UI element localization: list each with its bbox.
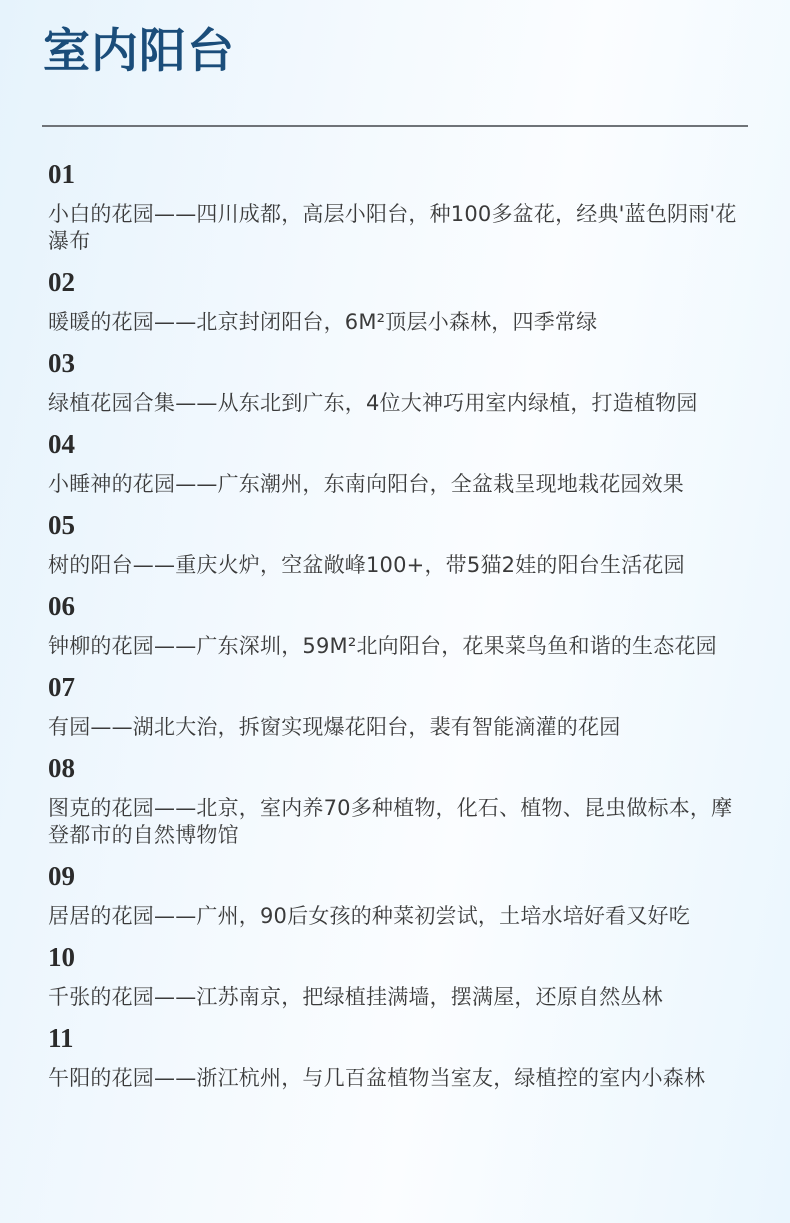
item-number: 06 [48,589,748,623]
item-title[interactable]: 千张的花园——江苏南京，把绿植挂满墙，摆满屋，还原自然丛林 [48,984,748,1011]
item-title[interactable]: 绿植花园合集——从东北到广东，4位大神巧用室内绿植，打造植物园 [48,390,748,417]
list-item[interactable]: 01 小白的花园——四川成都，高层小阳台，种100多盆花，经典'蓝色阴雨'花瀑布 [48,157,748,255]
list-item[interactable]: 09 居居的花园——广州，90后女孩的种菜初尝试，土培水培好看又好吃 [48,859,748,930]
list-item[interactable]: 08 图克的花园——北京，室内养70多种植物，化石、植物、昆虫做标本，摩登都市的… [48,751,748,849]
item-title[interactable]: 有园——湖北大治，拆窗实现爆花阳台，裴有智能滴灌的花园 [48,714,748,741]
list-item[interactable]: 06 钟柳的花园——广东深圳，59M²北向阳台，花果菜鸟鱼和谐的生态花园 [48,589,748,660]
item-number: 01 [48,157,748,191]
list-item[interactable]: 02 暖暖的花园——北京封闭阳台，6M²顶层小森林，四季常绿 [48,265,748,336]
item-title[interactable]: 暖暖的花园——北京封闭阳台，6M²顶层小森林，四季常绿 [48,309,748,336]
item-title[interactable]: 小白的花园——四川成都，高层小阳台，种100多盆花，经典'蓝色阴雨'花瀑布 [48,201,748,255]
item-number: 04 [48,427,748,461]
title-divider [42,125,748,127]
article-page: 室内阳台 01 小白的花园——四川成都，高层小阳台，种100多盆花，经典'蓝色阴… [0,0,790,1223]
item-title[interactable]: 居居的花园——广州，90后女孩的种菜初尝试，土培水培好看又好吃 [48,903,748,930]
item-number: 11 [48,1021,748,1055]
item-title[interactable]: 小睡神的花园——广东潮州，东南向阳台，全盆栽呈现地栽花园效果 [48,471,748,498]
page-title: 室内阳台 [43,22,235,82]
list-item[interactable]: 05 树的阳台——重庆火炉，空盆敞峰100+，带5猫2娃的阳台生活花园 [48,508,748,579]
item-title[interactable]: 钟柳的花园——广东深圳，59M²北向阳台，花果菜鸟鱼和谐的生态花园 [48,633,748,660]
item-title[interactable]: 图克的花园——北京，室内养70多种植物，化石、植物、昆虫做标本，摩登都市的自然博… [48,795,748,849]
item-number: 10 [48,940,748,974]
item-number: 09 [48,859,748,893]
list-item[interactable]: 04 小睡神的花园——广东潮州，东南向阳台，全盆栽呈现地栽花园效果 [48,427,748,498]
item-number: 07 [48,670,748,704]
list-item[interactable]: 07 有园——湖北大治，拆窗实现爆花阳台，裴有智能滴灌的花园 [48,670,748,741]
list-item[interactable]: 03 绿植花园合集——从东北到广东，4位大神巧用室内绿植，打造植物园 [48,346,748,417]
item-number: 02 [48,265,748,299]
item-number: 03 [48,346,748,380]
list-item[interactable]: 11 午阳的花园——浙江杭州，与几百盆植物当室友，绿植控的室内小森林 [48,1021,748,1092]
item-title[interactable]: 树的阳台——重庆火炉，空盆敞峰100+，带5猫2娃的阳台生活花园 [48,552,748,579]
item-title[interactable]: 午阳的花园——浙江杭州，与几百盆植物当室友，绿植控的室内小森林 [48,1065,748,1092]
list-item[interactable]: 10 千张的花园——江苏南京，把绿植挂满墙，摆满屋，还原自然丛林 [48,940,748,1011]
garden-list: 01 小白的花园——四川成都，高层小阳台，种100多盆花，经典'蓝色阴雨'花瀑布… [48,157,748,1102]
item-number: 05 [48,508,748,542]
item-number: 08 [48,751,748,785]
